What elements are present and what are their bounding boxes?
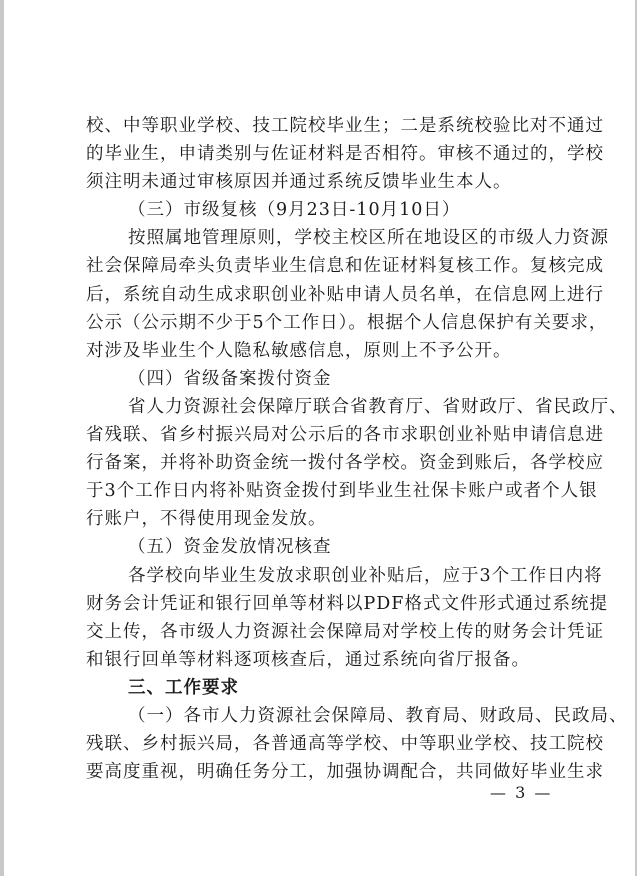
paragraph-line: 对涉及毕业生个人隐私敏感信息，原则上不予公开。	[86, 337, 556, 365]
paragraph-line: 社会保障局牵头负责毕业生信息和佐证材料复核工作。复核完成	[86, 252, 556, 280]
paragraph-line: 行备案，并将补助资金统一拨付各学校。资金到账后，各学校应	[86, 449, 556, 477]
section-heading: 三、工作要求	[86, 674, 556, 702]
paragraph-line: 须注明未通过审核原因并通过系统反馈毕业生本人。	[86, 168, 556, 196]
section-subheading: （四）省级备案拨付资金	[86, 365, 556, 393]
paragraph-line: 省残联、省乡村振兴局对公示后的各市求职创业补贴申请信息进	[86, 421, 556, 449]
paragraph-line: 的毕业生，申请类别与佐证材料是否相符。审核不通过的，学校	[86, 140, 556, 168]
paragraph-line: 按照属地管理原则，学校主校区所在地设区的市级人力资源	[86, 224, 556, 252]
paragraph-line: 财务会计凭证和银行回单等材料以PDF格式文件形式通过系统提	[86, 590, 556, 618]
section-subheading: （五）资金发放情况核查	[86, 533, 556, 561]
paragraph-line: 交上传，各市级人力资源社会保障局对学校上传的财务会计凭证	[86, 618, 556, 646]
paragraph-line: 公示（公示期不少于5个工作日）。根据个人信息保护有关要求，	[86, 309, 556, 337]
paragraph-line: （一）各市人力资源社会保障局、教育局、财政局、民政局、	[86, 702, 556, 730]
paragraph-line: 省人力资源社会保障厅联合省教育厅、省财政厅、省民政厅、	[86, 393, 556, 421]
paragraph-line: 后，系统自动生成求职创业补贴申请人员名单，在信息网上进行	[86, 281, 556, 309]
document-page: 校、中等职业学校、技工院校毕业生；二是系统校验比对不通过 的毕业生，申请类别与佐…	[4, 0, 635, 876]
paragraph-line: 行账户，不得使用现金发放。	[86, 505, 556, 533]
paragraph-line: 残联、乡村振兴局，各普通高等学校、中等职业学校、技工院校	[86, 730, 556, 758]
paragraph-line: 要高度重视，明确任务分工，加强协调配合，共同做好毕业生求	[86, 758, 556, 786]
paragraph-line: 校、中等职业学校、技工院校毕业生；二是系统校验比对不通过	[86, 112, 556, 140]
paragraph-line: 和银行回单等材料逐项核查后，通过系统向省厅报备。	[86, 646, 556, 674]
paragraph-line: 各学校向毕业生发放求职创业补贴后，应于3个工作日内将	[86, 562, 556, 590]
page-number: — 3 —	[490, 783, 552, 802]
paragraph-line: 于3个工作日内将补贴资金拨付到毕业生社保卡账户或者个人银	[86, 477, 556, 505]
section-subheading: （三）市级复核（9月23日-10月10日）	[86, 196, 556, 224]
document-body: 校、中等职业学校、技工院校毕业生；二是系统校验比对不通过 的毕业生，申请类别与佐…	[86, 112, 556, 786]
